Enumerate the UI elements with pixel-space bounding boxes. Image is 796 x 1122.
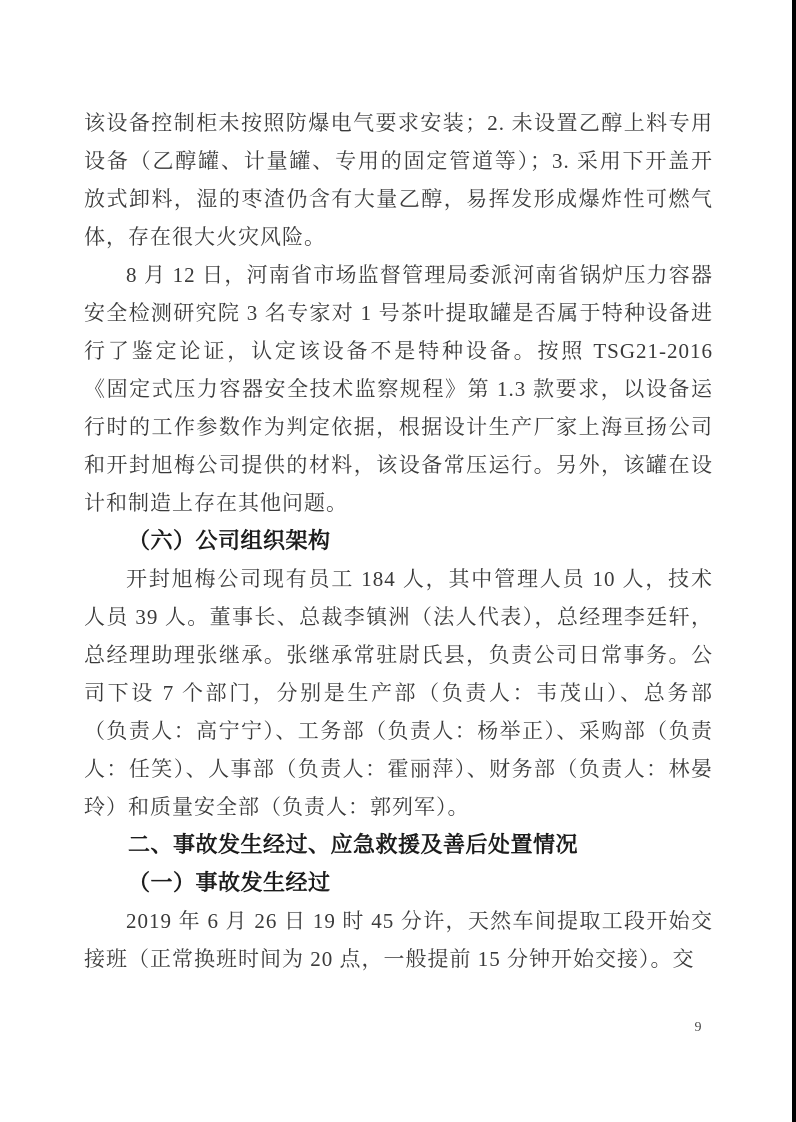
body-paragraph: 该设备控制柜未按照防爆电气要求安装；2. 未设置乙醇上料专用设备（乙醇罐、计量罐… (84, 104, 713, 256)
body-paragraph: 2019 年 6 月 26 日 19 时 45 分许，天然车间提取工段开始交接班… (84, 902, 713, 978)
scan-edge-artifact (792, 0, 796, 1122)
document-content: 该设备控制柜未按照防爆电气要求安装；2. 未设置乙醇上料专用设备（乙醇罐、计量罐… (84, 104, 713, 978)
section-heading: （一）事故发生经过 (84, 864, 713, 902)
page-number: 9 (688, 1020, 708, 1036)
section-heading: （六）公司组织架构 (84, 522, 713, 560)
section-heading: 二、事故发生经过、应急救援及善后处置情况 (84, 826, 713, 864)
body-paragraph: 开封旭梅公司现有员工 184 人，其中管理人员 10 人，技术人员 39 人。董… (84, 560, 713, 826)
body-paragraph: 8 月 12 日，河南省市场监督管理局委派河南省锅炉压力容器安全检测研究院 3 … (84, 256, 713, 522)
document-page: 该设备控制柜未按照防爆电气要求安装；2. 未设置乙醇上料专用设备（乙醇罐、计量罐… (0, 0, 796, 1122)
